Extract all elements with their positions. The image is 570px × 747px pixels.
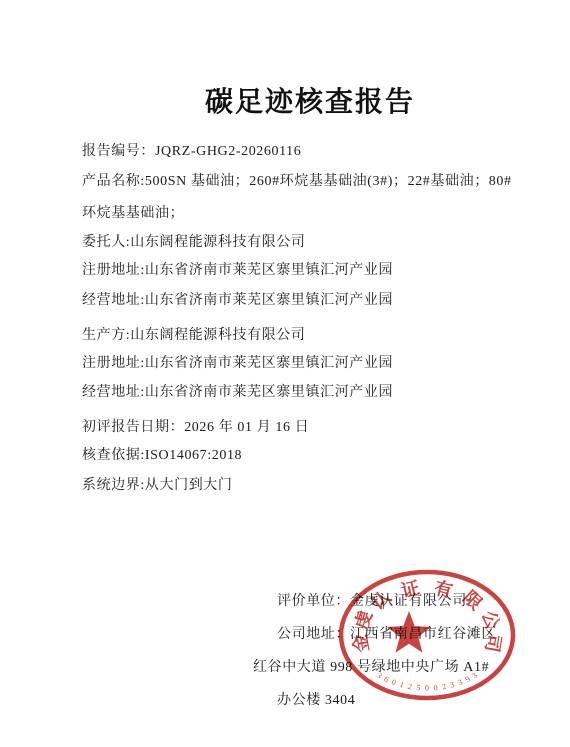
field-client-business-address: 经营地址:山东省济南市莱芜区寨里镇汇河产业园 — [82, 289, 393, 309]
seal-serial-number: 3601250023393 — [375, 671, 479, 693]
svg-text:金: 金 — [349, 633, 373, 654]
svg-text:0: 0 — [433, 683, 438, 692]
svg-text:6: 6 — [382, 674, 390, 684]
svg-text:0: 0 — [390, 677, 398, 687]
field-producer-business-address: 经营地址:山东省济南市莱芜区寨里镇汇河产业园 — [82, 381, 393, 401]
svg-text:1: 1 — [398, 680, 405, 690]
page-title: 碳足迹核查报告 — [205, 80, 415, 120]
star-icon — [387, 611, 431, 653]
svg-text:虔: 虔 — [350, 608, 376, 632]
svg-text:公: 公 — [478, 608, 503, 631]
svg-text:3: 3 — [456, 677, 464, 687]
field-system-boundary: 系统边界:从大门到大门 — [82, 474, 233, 494]
svg-text:司: 司 — [482, 633, 505, 654]
svg-text:3: 3 — [470, 671, 479, 680]
svg-text:认: 认 — [367, 586, 394, 614]
company-seal-stamp: 金虔认证有限公司 3601250023393 — [330, 558, 530, 718]
field-report-number: 报告编号：JQRZ-GHG2-20260116 — [82, 140, 301, 160]
field-product-name-wrap: 环烷基基础油； — [82, 202, 184, 222]
report-cover-page: 碳足迹核查报告 报告编号：JQRZ-GHG2-20260116 产品名称:500… — [0, 0, 570, 747]
svg-text:2: 2 — [441, 682, 447, 692]
svg-text:3: 3 — [449, 680, 456, 690]
svg-text:2: 2 — [407, 682, 413, 692]
svg-text:0: 0 — [425, 684, 429, 693]
svg-text:9: 9 — [464, 674, 472, 684]
field-initial-report-date: 初评报告日期：2026 年 01 月 16 日 — [82, 416, 309, 436]
svg-text:3: 3 — [375, 671, 384, 680]
field-producer: 生产方:山东阔程能源科技有限公司 — [82, 324, 306, 344]
field-verification-criteria: 核查依据:ISO14067:2018 — [82, 444, 242, 464]
field-client-registered-address: 注册地址:山东省济南市莱芜区寨里镇汇河产业园 — [82, 259, 393, 279]
svg-text:限: 限 — [459, 587, 486, 614]
field-client: 委托人:山东阔程能源科技有限公司 — [82, 231, 306, 251]
svg-text:证: 证 — [399, 578, 421, 602]
svg-text:5: 5 — [416, 683, 421, 692]
svg-text:有: 有 — [432, 577, 455, 602]
field-product-name: 产品名称:500SN 基础油；260#环烷基基础油(3#)；22#基础油；80# — [82, 170, 512, 190]
field-producer-registered-address: 注册地址:山东省济南市莱芜区寨里镇汇河产业园 — [82, 352, 393, 372]
